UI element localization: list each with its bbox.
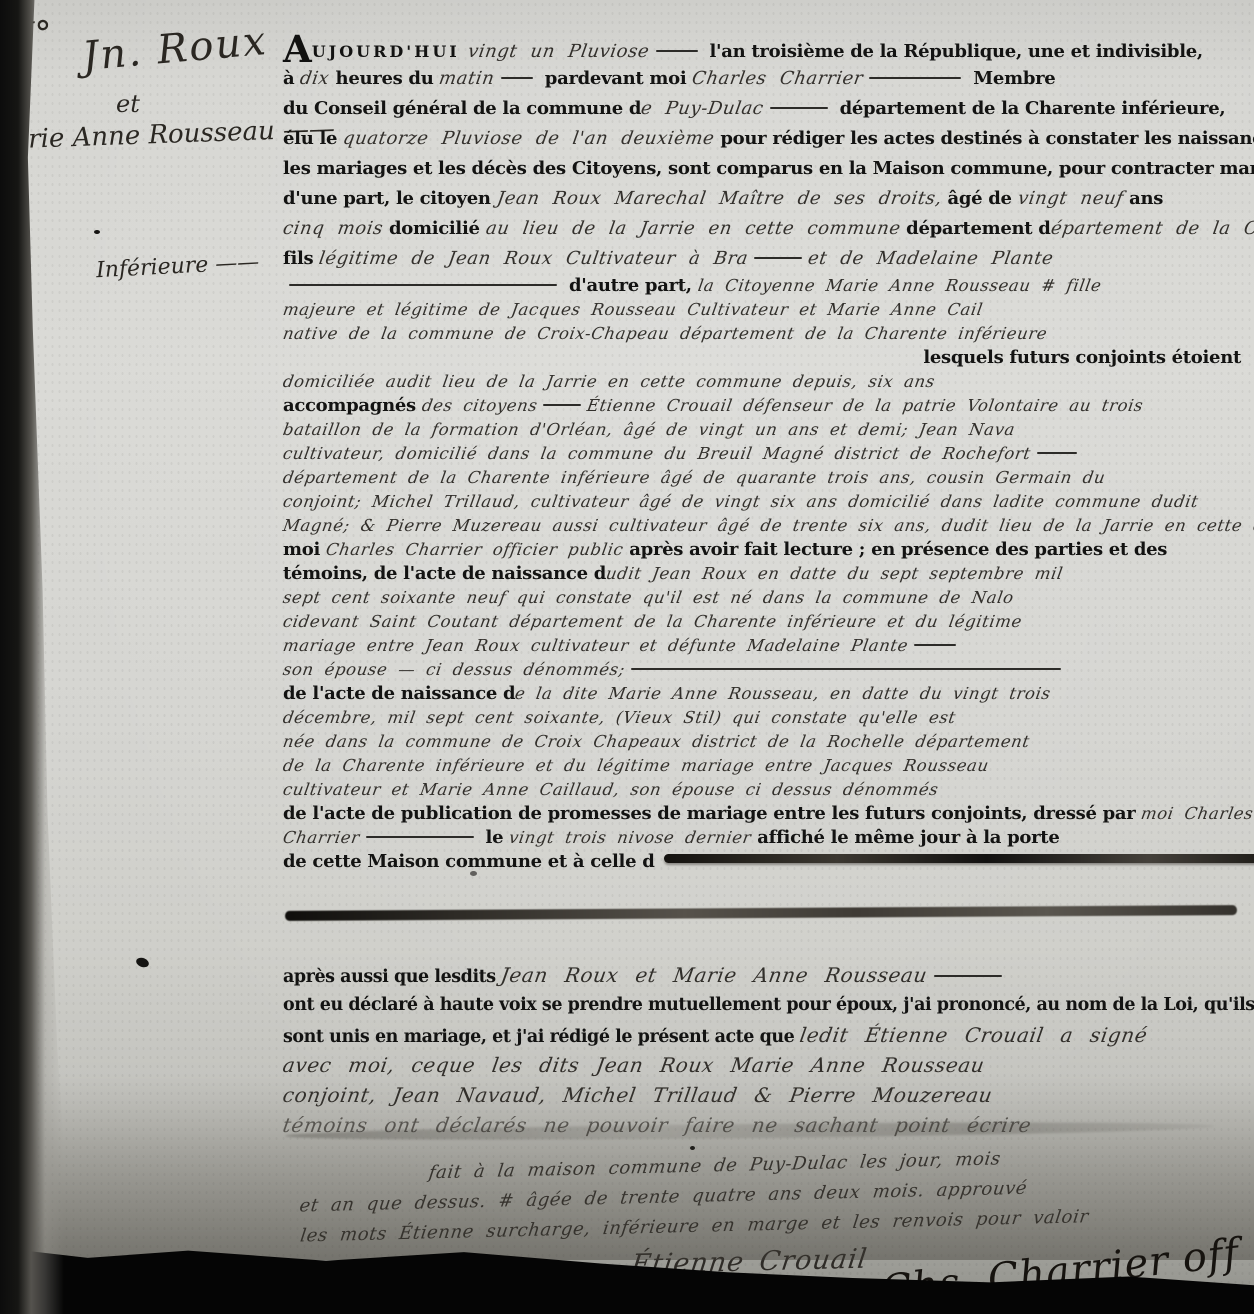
printed-text: Membre — [967, 68, 1055, 89]
handwritten-text: dix — [298, 64, 332, 94]
ruled-filler-line — [501, 77, 533, 79]
document-line: mariage entre Jean Roux cultivateur et d… — [283, 634, 1241, 658]
handwritten-text: moi Charles — [1140, 802, 1254, 826]
document-line: moi Charles Charrier officier public apr… — [283, 538, 1241, 562]
document-line: sont unis en mariage, et j'ai rédigé le … — [283, 1020, 1241, 1050]
printed-text: département d — [900, 218, 1050, 239]
printed-text: pardevant moi — [539, 68, 692, 89]
document-line: de cette Maison commune et à celle d — [283, 850, 1241, 874]
ruled-filler-line — [543, 404, 581, 406]
printed-text: d'une part, le citoyen — [283, 188, 497, 209]
printed-text: fils — [283, 248, 319, 269]
document-line: de la Charente inférieure et du légitime… — [283, 754, 1241, 778]
document-line: d'une part, le citoyen Jean Roux Marecha… — [283, 184, 1241, 214]
handwritten-text: témoins ont déclarés ne pouvoir faire ne… — [281, 1110, 1034, 1140]
handwritten-text: domiciliée audit lieu de la Jarrie en ce… — [281, 370, 937, 394]
handwritten-text: cinq mois — [281, 214, 386, 244]
printed-text: témoins, de l'acte de naissance d — [283, 563, 606, 584]
document-line: de l'acte de publication de promesses de… — [283, 802, 1241, 826]
printed-text: de l'acte de naissance d — [283, 683, 515, 704]
printed-text: ont eu déclaré à haute voix se prendre m… — [283, 995, 1254, 1015]
document-line: sept cent soixante neuf qui constate qu'… — [283, 586, 1241, 610]
printed-text: affiché le même jour à la porte — [751, 827, 1059, 848]
handwritten-text: vingt un Pluviose — [466, 37, 652, 67]
ruled-filler-line — [631, 668, 1061, 670]
handwritten-text: e la dite Marie Anne Rousseau, en datte … — [513, 682, 1052, 706]
document-line: cidevant Saint Coutant département de la… — [283, 610, 1241, 634]
printed-text: département de la Charente inférieure, — [834, 98, 1226, 119]
handwritten-text: département de la Charente inférieure âg… — [281, 466, 1107, 490]
ruled-filler-line — [1037, 452, 1077, 454]
printed-text: le — [480, 827, 510, 848]
document-line: cultivateur, domicilié dans la commune d… — [283, 442, 1241, 466]
printed-text: de cette Maison commune et à celle d — [283, 851, 660, 872]
document-line: née dans la commune de Croix Chapeaux di… — [283, 730, 1241, 754]
handwritten-text: conjoint; Michel Trillaud, cultivateur â… — [281, 490, 1200, 514]
handwritten-text: matin — [437, 64, 497, 94]
handwritten-text: cultivateur, domicilié dans la commune d… — [281, 442, 1032, 466]
document-line: d'autre part, la Citoyenne Marie Anne Ro… — [283, 274, 1241, 298]
printed-text: du Conseil général de la commune d — [283, 98, 641, 119]
printed-text: après aussi que lesdits — [283, 967, 501, 987]
handwritten-text: et de Madelaine Plante — [806, 244, 1056, 274]
document-line: élu le quatorze Pluviose de l'an deuxièm… — [283, 124, 1241, 154]
printed-text: domicilié — [383, 218, 486, 239]
ruled-filler-line — [770, 107, 828, 109]
printed-text: l'an troisième de la République, une et … — [704, 41, 1203, 62]
handwritten-text: native de la commune de Croix-Chapeau dé… — [281, 322, 1049, 346]
document-line: conjoint, Jean Navaud, Michel Trillaud &… — [283, 1080, 1241, 1110]
handwritten-text: Jean Roux Marechal Maître de ses droits, — [494, 184, 944, 214]
handwritten-text: légitime de Jean Roux Cultivateur à Bra — [317, 244, 751, 274]
ruled-filler-line — [366, 836, 474, 838]
handwritten-text: Charles Charrier officier public — [324, 538, 625, 562]
document-line: conjoint; Michel Trillaud, cultivateur â… — [283, 490, 1241, 514]
printed-text: après avoir fait lecture ; en présence d… — [623, 539, 1167, 560]
ruled-filler-line — [914, 644, 956, 646]
document-line: témoins, de l'acte de naissance dudit Je… — [283, 562, 1241, 586]
handwritten-text: de la Charente inférieure et du légitime… — [281, 754, 991, 778]
handwritten-text: vingt neuf — [1015, 184, 1125, 214]
document-line: les mariages et les décès des Citoyens, … — [283, 154, 1241, 184]
document-line: lesquels futurs conjoints étoient — [283, 346, 1241, 370]
printed-text: élu le — [283, 128, 343, 149]
document-line: à dix heures du matin pardevant moi Char… — [283, 64, 1241, 94]
ruled-filler-line — [656, 50, 698, 52]
ruled-filler-line — [869, 77, 961, 79]
handwritten-text: la Citoyenne Marie Anne Rousseau # fille — [696, 274, 1103, 298]
handwritten-text: majeure et légitime de Jacques Rousseau … — [281, 298, 985, 322]
printed-text: ans — [1123, 188, 1163, 209]
printed-text: âgé de — [941, 188, 1017, 209]
printed-text: à — [283, 68, 300, 89]
ruled-filler-line — [934, 975, 1002, 977]
handwritten-text: quatorze Pluviose de l'an deuxième — [341, 124, 717, 154]
document-line: ont eu déclaré à haute voix se prendre m… — [283, 990, 1241, 1020]
handwritten-text: bataillon de la formation d'Orléan, âgé … — [281, 418, 1017, 442]
handwritten-text: mariage entre Jean Roux cultivateur et d… — [281, 634, 910, 658]
margin-conjunction: et — [116, 90, 140, 118]
ink-scribble — [664, 854, 1254, 863]
document-line: native de la commune de Croix-Chapeau dé… — [283, 322, 1241, 346]
handwritten-text: cidevant Saint Coutant département de la… — [281, 610, 1024, 634]
printed-text: heures du — [330, 68, 440, 89]
handwritten-text: épartement de la Charente — [1048, 214, 1254, 244]
document-line: de l'acte de naissance de la dite Marie … — [283, 682, 1241, 706]
document-line: AUJOURD'HUI vingt un Pluviose l'an trois… — [283, 34, 1241, 64]
handwritten-text: née dans la commune de Croix Chapeaux di… — [281, 730, 1031, 754]
handwritten-text: vingt trois nivose dernier — [507, 826, 753, 850]
handwritten-text: conjoint, Jean Navaud, Michel Trillaud &… — [281, 1080, 995, 1110]
document-line: son épouse — ci dessus dénommés; — [283, 658, 1241, 682]
document-line: après aussi que lesdits Jean Roux et Mar… — [283, 960, 1241, 990]
document-line: témoins ont déclarés ne pouvoir faire ne… — [283, 1110, 1241, 1140]
handwritten-text: son épouse — ci dessus dénommés; — [281, 658, 627, 682]
document-line: Charrier le vingt trois nivose dernier a… — [283, 826, 1241, 850]
handwritten-text: des citoyens — [420, 394, 539, 418]
handwritten-text: cultivateur et Marie Anne Caillaud, son … — [281, 778, 940, 802]
handwritten-text: sept cent soixante neuf qui constate qu'… — [281, 586, 1015, 610]
document-main-text: AUJOURD'HUI vingt un Pluviose l'an trois… — [283, 34, 1241, 874]
handwritten-text: Étienne Crouail défenseur de la patrie V… — [585, 394, 1145, 418]
handwritten-text: e Puy-Dulac — [639, 94, 766, 124]
ink-speck — [690, 1146, 695, 1150]
document-line: département de la Charente inférieure âg… — [283, 466, 1241, 490]
document-line: cinq mois domicilié au lieu de la Jarrie… — [283, 214, 1241, 244]
document-declaration-text: après aussi que lesdits Jean Roux et Mar… — [283, 960, 1241, 1140]
document-line: décembre, mil sept cent soixante, (Vieux… — [283, 706, 1241, 730]
printed-text: pour rédiger les actes destinés à consta… — [714, 128, 1254, 149]
document-line: du Conseil général de la commune de Puy-… — [283, 94, 1241, 124]
printed-text: d'autre part, — [563, 275, 698, 296]
handwritten-text: au lieu de la Jarrie en cette commune — [483, 214, 902, 244]
handwritten-text: Magné; & Pierre Muzereau aussi cultivate… — [281, 514, 1254, 538]
printed-text: lesquels futurs conjoints étoient — [923, 347, 1241, 368]
document-line: accompagnés des citoyensÉtienne Crouail … — [283, 394, 1241, 418]
handwritten-text: avec moi, ceque les dits Jean Roux Marie… — [281, 1050, 987, 1080]
document-line: cultivateur et Marie Anne Caillaud, son … — [283, 778, 1241, 802]
ruled-filler-line — [289, 284, 557, 286]
printed-text: sont unis en mariage, et j'ai rédigé le … — [283, 1027, 800, 1047]
handwritten-text: udit Jean Roux en datte du sept septembr… — [604, 562, 1065, 586]
handwritten-text: Charrier — [281, 826, 361, 850]
handwritten-text: Charles Charrier — [690, 64, 866, 94]
ruled-filler-line — [754, 257, 802, 259]
printed-text: moi — [283, 539, 326, 560]
handwritten-text: décembre, mil sept cent soixante, (Vieux… — [281, 706, 958, 730]
document-line: Magné; & Pierre Muzereau aussi cultivate… — [283, 514, 1241, 538]
printed-text: accompagnés — [283, 395, 422, 416]
document-line: majeure et légitime de Jacques Rousseau … — [283, 298, 1241, 322]
document-line: avec moi, ceque les dits Jean Roux Marie… — [283, 1050, 1241, 1080]
document-line: domiciliée audit lieu de la Jarrie en ce… — [283, 370, 1241, 394]
document-line: bataillon de la formation d'Orléan, âgé … — [283, 418, 1241, 442]
printed-text: les mariages et les décès des Citoyens, … — [283, 158, 1254, 179]
document-line: fils légitime de Jean Roux Cultivateur à… — [283, 244, 1241, 274]
handwritten-text: Jean Roux et Marie Anne Rousseau — [499, 960, 930, 990]
printed-text: de l'acte de publication de promesses de… — [283, 803, 1141, 824]
ink-speck — [94, 230, 100, 234]
printed-text: UJOURD'HUI — [312, 42, 469, 61]
handwritten-text: ledit Étienne Crouail a signé — [798, 1020, 1150, 1050]
ink-speck — [470, 871, 477, 876]
